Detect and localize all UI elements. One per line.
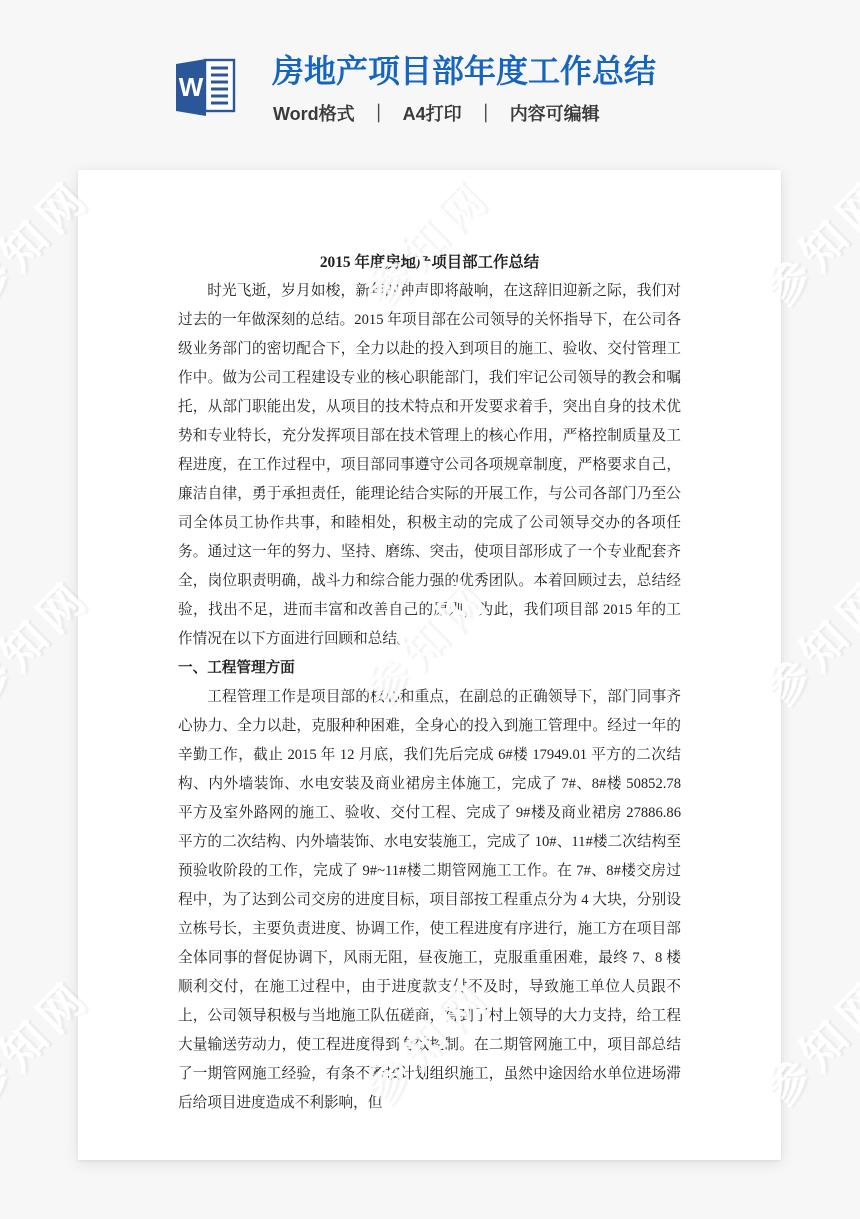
format-badges: Word格式｜A4打印｜内容可编辑 <box>273 101 600 127</box>
document-sheet: 2015 年度房地产项目部工作总结 时光飞逝，岁月如梭，新年的钟声即将敲响，在这… <box>78 170 781 1160</box>
separator-bar: ｜ <box>370 104 388 124</box>
page-title: 房地产项目部年度工作总结 <box>272 46 656 92</box>
document-title: 2015 年度房地产项目部工作总结 <box>178 248 681 277</box>
badge-a4-print: A4打印 <box>403 104 462 124</box>
paragraph: 时光飞逝，岁月如梭，新年的钟声即将敲响，在这辞旧迎新之际，我们对过去的一年做深刻… <box>178 277 681 654</box>
template-preview-page: { "header": { "icon_letter": "W", "title… <box>0 0 860 1219</box>
section-heading: 一、工程管理方面 <box>178 654 681 683</box>
separator-bar: ｜ <box>477 104 495 124</box>
header: W 房地产项目部年度工作总结 Word格式｜A4打印｜内容可编辑 <box>0 0 860 170</box>
badge-editable: 内容可编辑 <box>510 104 600 124</box>
paragraph: 工程管理工作是项目部的核心和重点，在副总的正确领导下，部门同事齐心协力、全力以赴… <box>178 683 681 1118</box>
word-icon-letter: W <box>179 72 204 102</box>
document-body: 2015 年度房地产项目部工作总结 时光飞逝，岁月如梭，新年的钟声即将敲响，在这… <box>178 248 681 1118</box>
badge-word-format: Word格式 <box>273 104 355 124</box>
word-icon: W <box>175 57 237 117</box>
